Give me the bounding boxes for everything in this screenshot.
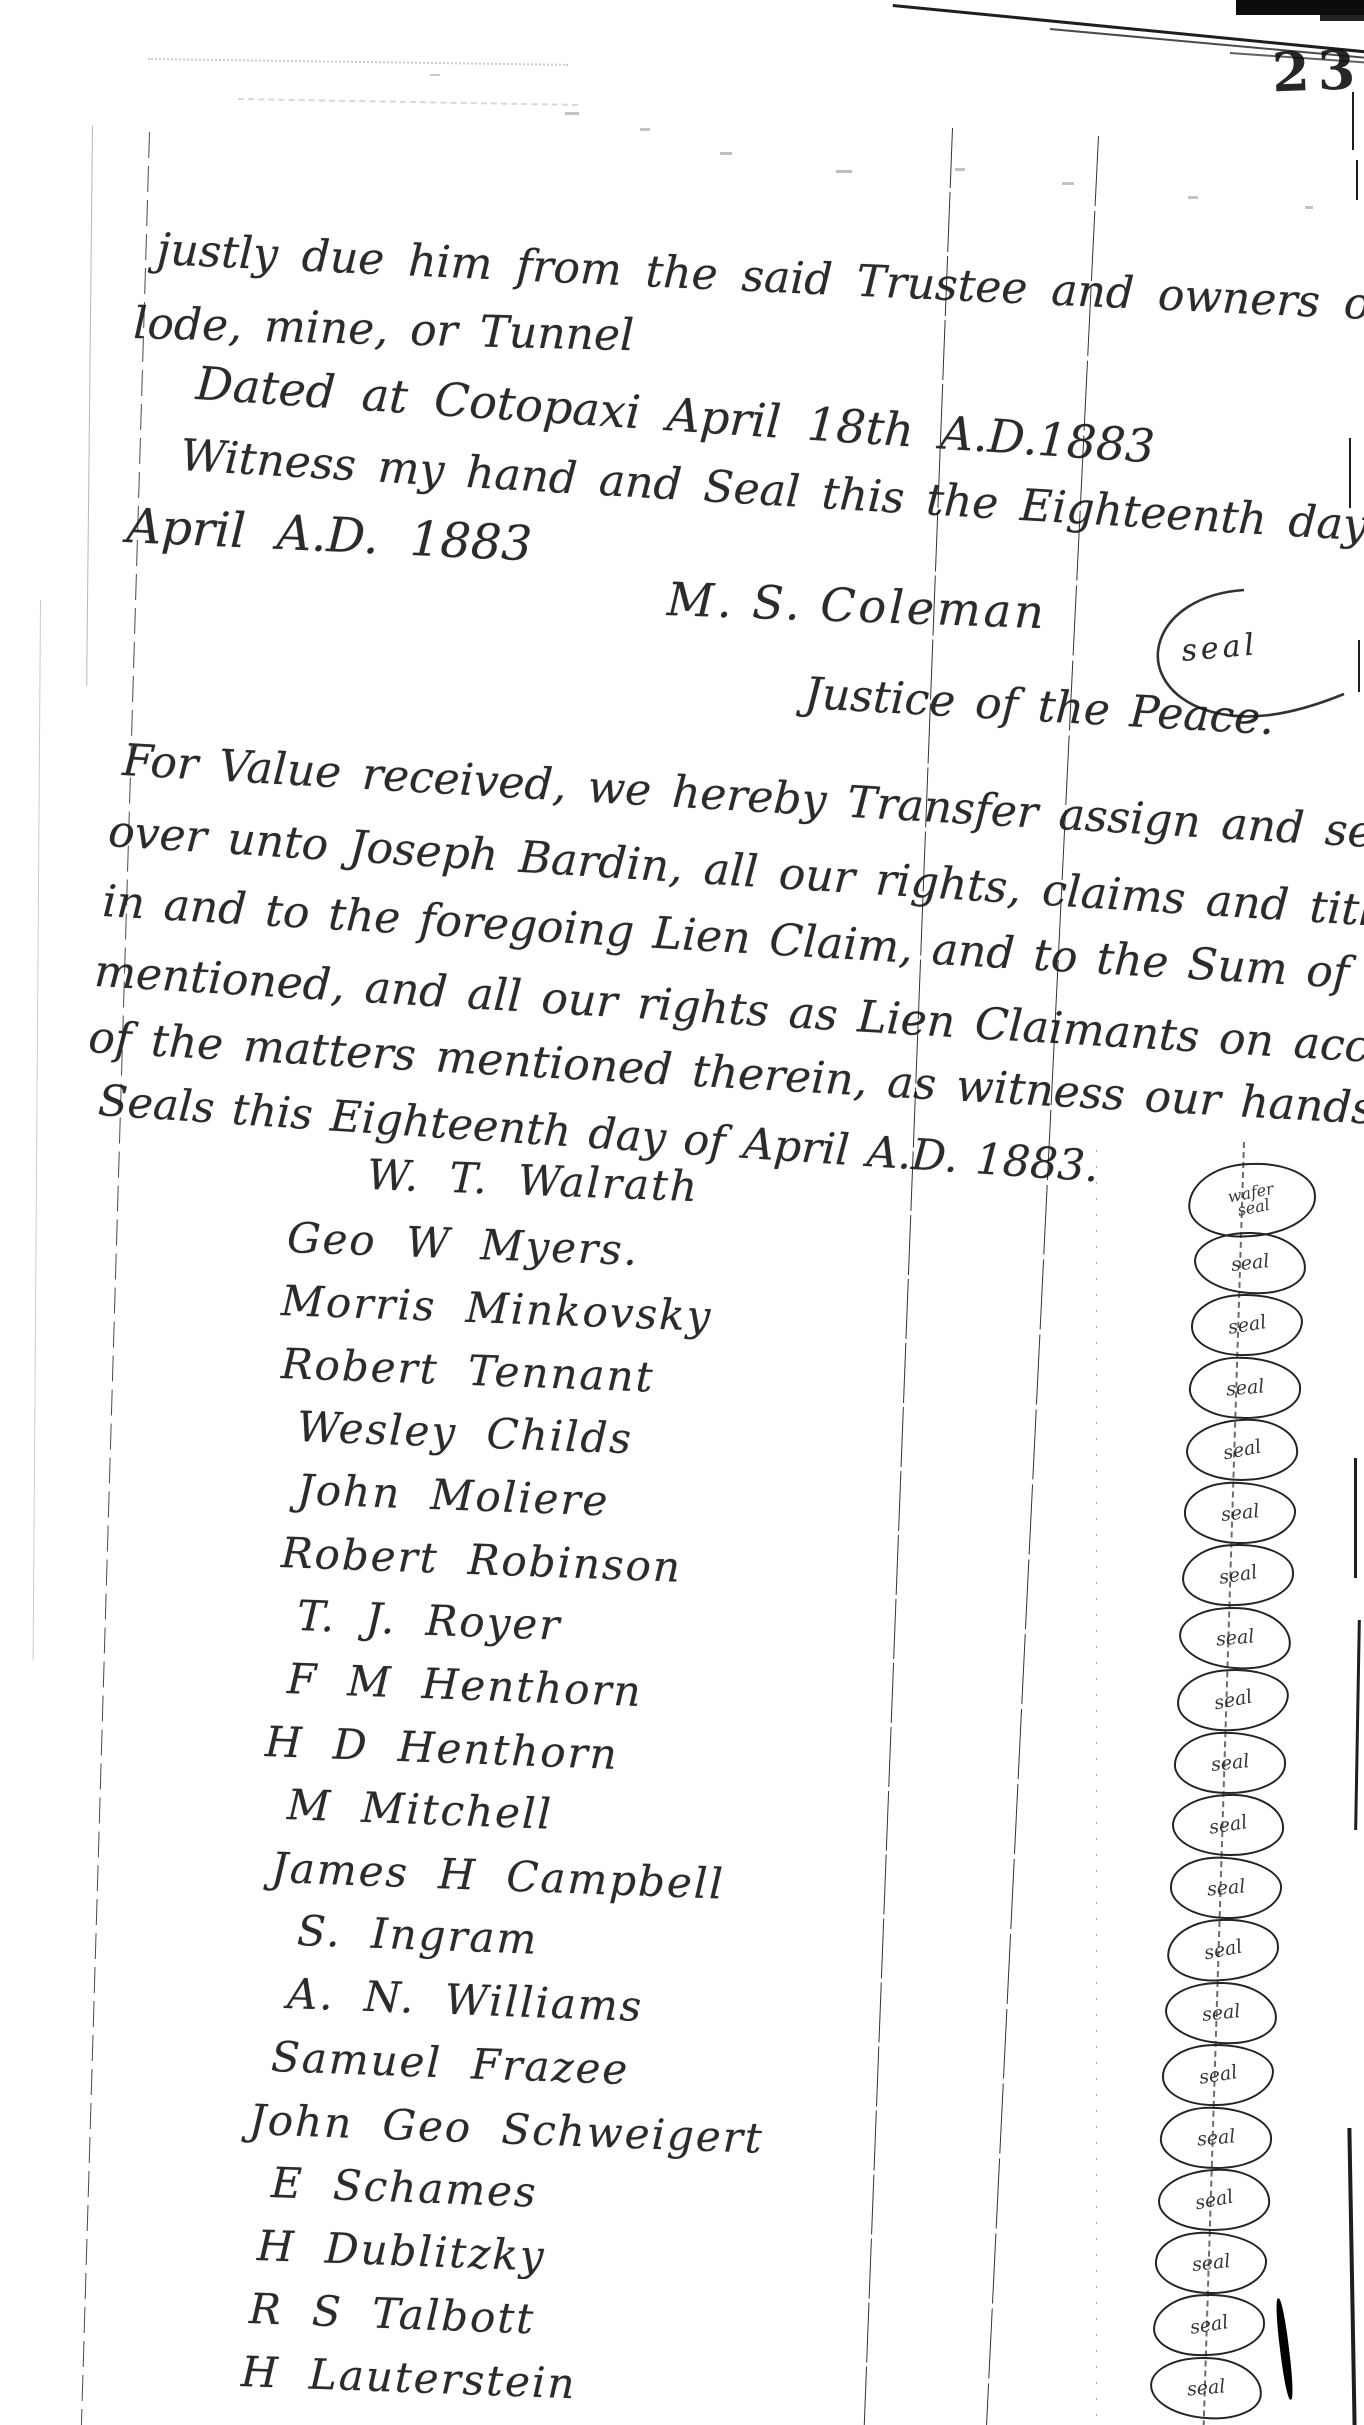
scan-speck	[1188, 196, 1198, 199]
scan-speck	[640, 128, 650, 131]
signature: Samuel Frazee	[270, 2032, 630, 2094]
signature: John Moliere	[296, 1465, 610, 1525]
right-edge-mark	[1354, 1458, 1357, 1578]
scan-speck	[720, 152, 732, 155]
signature: R S Talbott	[248, 2284, 536, 2343]
signature: Wesley Childs	[296, 1402, 634, 1463]
ink-blot	[1274, 2298, 1295, 2400]
scan-tear-corner	[1236, 0, 1364, 15]
seal-oval: seal	[1162, 2043, 1275, 2107]
scan-speck	[1062, 182, 1074, 185]
signature: M Mitchell	[286, 1780, 554, 1839]
seal-label: seal	[1222, 1437, 1263, 1462]
scan-tear-notch	[1320, 15, 1364, 21]
wafer-seal-oval: wafer seal	[1186, 1160, 1318, 1241]
seal-label: seal	[1227, 1313, 1268, 1337]
seal-oval: seal	[1193, 1230, 1307, 1296]
scan-speck	[836, 170, 852, 173]
signature: A. N. Williams	[286, 1969, 644, 2031]
seal-oval: seal	[1171, 1793, 1284, 1857]
signature: F M Henthorn	[286, 1654, 643, 1716]
seal-label: seal	[1201, 2002, 1241, 2024]
right-edge-mark	[1356, 160, 1358, 200]
scanned-deed-page: 235 justly due him from the said Trustee…	[0, 0, 1364, 2425]
seal-oval: seal	[1178, 1604, 1293, 1672]
seal-oval: seal	[1164, 1980, 1278, 2046]
seal-label: seal	[1191, 2252, 1231, 2274]
seal-oval: seal	[1175, 1666, 1290, 1734]
seal-oval: seal	[1183, 1480, 1297, 1546]
right-edge-mark	[1354, 1620, 1361, 1830]
seal-label: seal	[1212, 1687, 1253, 1712]
seal-label: wafer seal	[1226, 1181, 1277, 1220]
fold-line-far-left-faint	[33, 600, 41, 1660]
signature: H D Henthorn	[264, 1717, 619, 1779]
fold-line-left-faint	[86, 126, 93, 686]
seal-label: seal	[1225, 1377, 1265, 1398]
seal-label: seal	[1220, 1502, 1260, 1524]
signature: John Geo Schweigert	[248, 2095, 764, 2163]
signature: Morris Minkovsky	[280, 1276, 713, 1341]
justice-signature: M. S. Coleman	[666, 572, 1048, 639]
dotted-rule-column	[1096, 1150, 1097, 2425]
seal-label: seal	[1230, 1252, 1270, 1274]
seal-label: seal	[1210, 1752, 1250, 1774]
scan-speck	[955, 168, 965, 171]
signature: Robert Robinson	[280, 1528, 683, 1592]
right-edge-mark	[1349, 438, 1351, 508]
seal-label: seal	[1217, 1563, 1258, 1587]
date-line: April A.D. 1883	[125, 498, 533, 572]
signature: E Schames	[270, 2158, 538, 2217]
signature: H Lauterstein	[240, 2347, 577, 2408]
seal-oval: seal	[1191, 1293, 1304, 1357]
signature: Robert Tennant	[280, 1339, 655, 1402]
seal-label: seal	[1196, 2127, 1236, 2148]
seal-label: seal	[1193, 2187, 1234, 2212]
right-edge-mark	[1358, 640, 1360, 692]
signature: Geo W Myers.	[286, 1213, 640, 1275]
seal-oval: seal	[1152, 2293, 1265, 2357]
scan-noise-dots	[148, 58, 568, 66]
signature: James H Campbell	[270, 1843, 725, 1909]
page-number: 235	[1271, 36, 1364, 105]
seal-label: seal	[1215, 1627, 1255, 1648]
scan-speck	[1305, 206, 1313, 209]
fold-line-left	[81, 132, 150, 2425]
right-edge-mark	[1347, 2128, 1356, 2425]
signature: H Dublitzky	[256, 2221, 546, 2281]
seal-oval: seal	[1181, 1543, 1294, 1607]
seal-oval: seal	[1149, 2354, 1264, 2422]
seal-label: seal	[1206, 1877, 1246, 1898]
seal-oval: seal	[1156, 2166, 1271, 2234]
seal-oval: seal	[1185, 1416, 1300, 1484]
body-line: lode, mine, or Tunnel	[133, 298, 635, 361]
seal-oval: seal	[1187, 1354, 1302, 1422]
seal-label: seal	[1186, 2377, 1226, 2398]
seal-oval: seal	[1168, 1854, 1283, 1922]
seal-oval: seal	[1154, 2230, 1268, 2296]
justice-seal-label: seal	[1180, 627, 1259, 669]
seal-label: seal	[1198, 2063, 1239, 2087]
right-edge-mark	[1352, 92, 1354, 150]
seal-oval: seal	[1173, 1730, 1287, 1796]
scan-speck	[565, 112, 579, 115]
scan-speck	[430, 74, 440, 76]
seal-label: seal	[1203, 1937, 1244, 1962]
seal-label: seal	[1188, 2313, 1229, 2337]
seal-oval: seal	[1166, 1916, 1281, 1984]
signature: S. Ingram	[296, 1906, 539, 1964]
signature: T. J. Royer	[296, 1591, 562, 1650]
scan-noise-dots	[238, 98, 578, 106]
seal-oval: seal	[1158, 2104, 1273, 2172]
seal-label: seal	[1208, 1813, 1249, 1837]
